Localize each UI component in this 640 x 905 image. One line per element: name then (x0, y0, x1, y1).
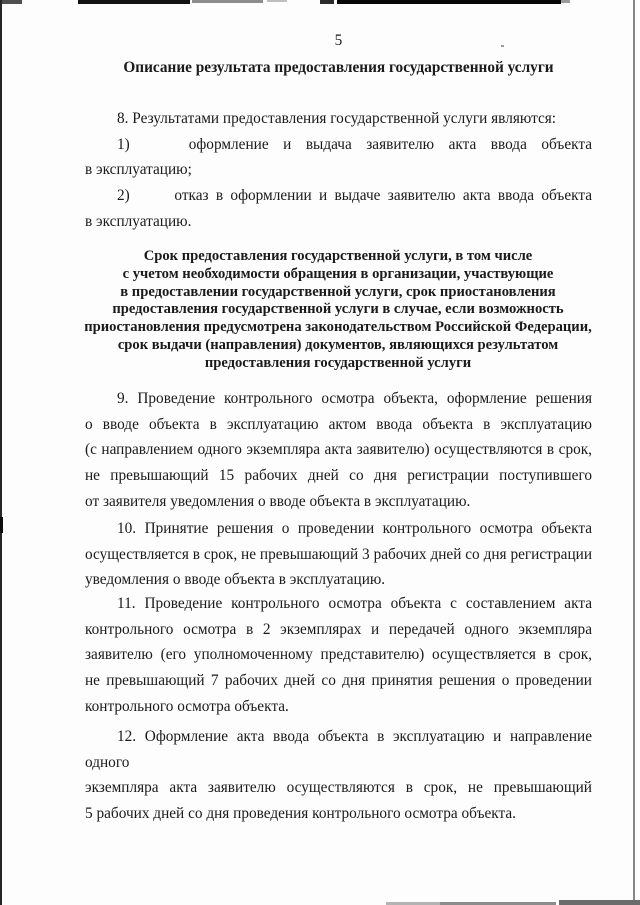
text-line: 8. Результатами предоставления государст… (85, 106, 592, 132)
list-item-marker: 2) (117, 187, 130, 204)
text-line: 5 рабочих дней со дня проведения контрол… (85, 801, 592, 827)
page-number: 5 (85, 31, 592, 51)
text-line: экземпляра акта заявителю осуществляются… (85, 775, 592, 801)
text-line: в эксплуатацию; (85, 157, 592, 183)
text-line: 9. Проведение контрольного осмотра объек… (85, 386, 592, 412)
scan-artifact-top-strip (192, 0, 263, 3)
section-heading-result: Описание результата предоставления госуд… (85, 58, 592, 78)
text-line: не превышающий 15 рабочих дней со дня ре… (85, 463, 592, 489)
scanned-document-page: 5 Описание результата предоставления гос… (0, 0, 640, 905)
paragraph-9: 9. Проведение контрольного осмотра объек… (85, 386, 592, 515)
text-line: о вводе объекта в эксплуатацию актом вво… (85, 412, 592, 438)
scan-artifact-top-strip (78, 0, 190, 4)
text-line: от заявителя уведомления о вводе объекта… (85, 489, 592, 515)
text-line: не превышающий 7 рабочих дней со дня при… (85, 668, 592, 694)
scan-artifact-top-strip (337, 0, 561, 4)
text-line: контрольного осмотра в 2 экземплярах и п… (85, 617, 592, 643)
scan-artifact-left-edge-line (0, 0, 2, 905)
text-line: 12. Оформление акта ввода объекта в эксп… (85, 724, 592, 775)
list-item-marker: 1) (117, 136, 130, 153)
scan-artifact-bottom-strip (559, 900, 640, 905)
section-heading-term: Срок предоставления государственной услу… (48, 248, 628, 373)
scan-artifact-top-strip (0, 0, 22, 4)
text-line: осуществляется в срок, не превышающий 3 … (85, 542, 592, 568)
paragraph-8: 8. Результатами предоставления государст… (85, 106, 592, 235)
text-line: 1) оформление и выдача заявителю акта вв… (85, 132, 592, 158)
text-line: 10. Принятие решения о проведении контро… (85, 516, 592, 542)
paragraph-10: 10. Принятие решения о проведении контро… (85, 516, 592, 593)
text-line: заявителю (его уполномоченному представи… (85, 642, 592, 668)
text-line: 11. Проведение контрольного осмотра объе… (85, 591, 592, 617)
text-line: в эксплуатацию. (85, 209, 592, 235)
paragraph-12: 12. Оформление акта ввода объекта в эксп… (85, 724, 592, 827)
text-line: контрольного осмотра объекта. (85, 694, 592, 720)
text-line: 2) отказ в оформлении и выдаче заявителю… (85, 183, 592, 209)
text-line: уведомления о вводе объекта в эксплуатац… (85, 567, 592, 593)
paragraph-11: 11. Проведение контрольного осмотра объе… (85, 591, 592, 720)
scan-artifact-right-edge-line (633, 0, 635, 905)
scan-artifact-top-strip (267, 0, 287, 2)
scan-artifact-left-edge-blot (0, 517, 3, 533)
text-line: (с направлением одного экземпляра акта з… (85, 437, 592, 463)
scan-artifact-top-strip (561, 0, 570, 3)
scan-artifact-top-strip (320, 0, 334, 4)
